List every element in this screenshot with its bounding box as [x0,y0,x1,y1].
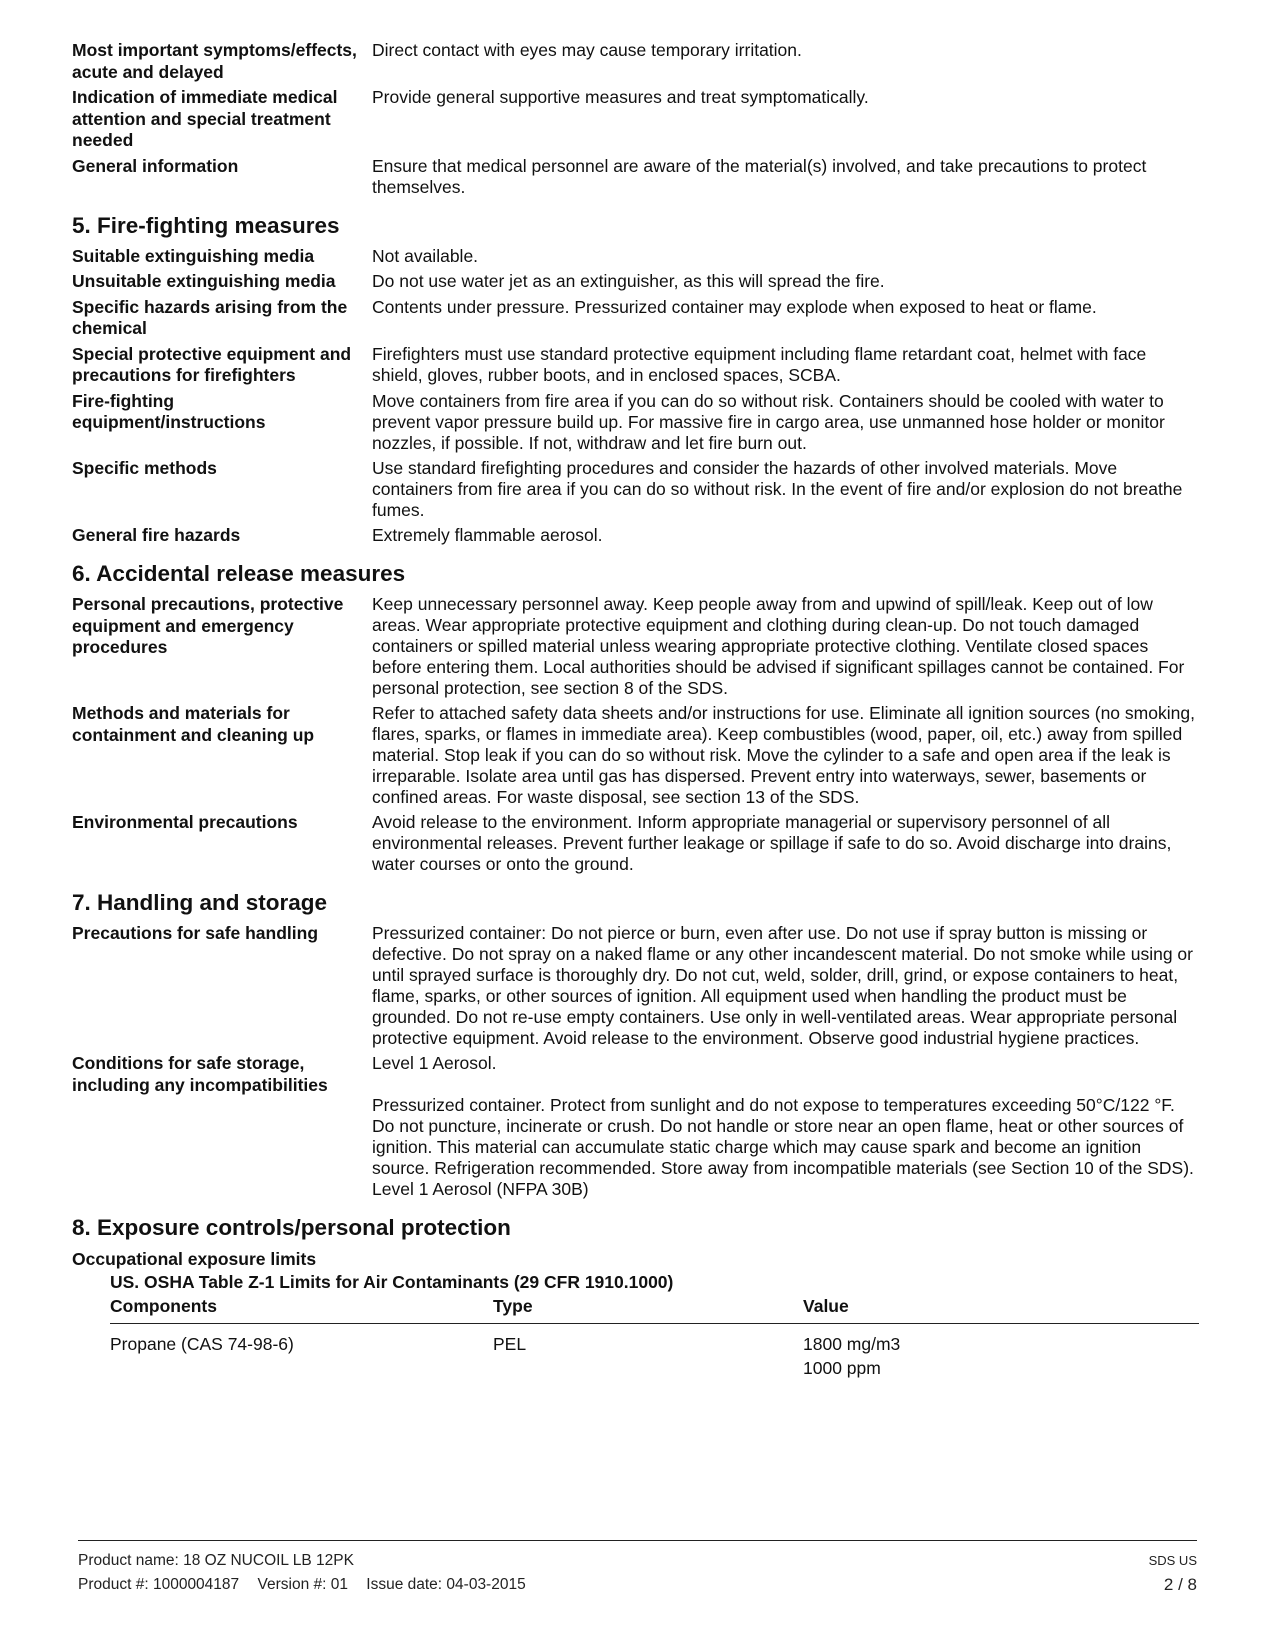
field-value: Use standard firefighting procedures and… [372,458,1197,521]
column-header-value: Value [803,1294,1199,1324]
occupational-exposure-limits-heading: Occupational exposure limits [72,1248,1197,1270]
field-value-paragraph: Extremely flammable aerosol. [372,525,1197,546]
field-value: Direct contact with eyes may cause tempo… [372,40,1197,83]
field-label: Environmental precautions [72,812,372,875]
limit-value: 1800 mg/m3 [803,1332,1199,1356]
field-row: Specific hazards arising from the chemic… [72,297,1197,340]
field-label: General information [72,156,372,198]
field-row: Conditions for safe storage, including a… [72,1053,1197,1200]
field-row: Fire-fighting equipment/instructionsMove… [72,391,1197,454]
field-row: Suitable extinguishing mediaNot availabl… [72,246,1197,268]
field-value-paragraph: Pressurized container: Do not pierce or … [372,923,1197,1049]
osha-limits-table: Components Type Value Propane (CAS 74-98… [110,1294,1199,1380]
field-value-paragraph: Move containers from fire area if you ca… [372,391,1197,454]
field-row: Environmental precautionsAvoid release t… [72,812,1197,875]
page-footer: Product name: 18 OZ NUCOIL LB 12PK SDS U… [78,1540,1197,1597]
field-label: Indication of immediate medical attentio… [72,87,372,152]
field-value: Avoid release to the environment. Inform… [372,812,1197,875]
field-value: Not available. [372,246,1197,268]
section-8-title: 8. Exposure controls/personal protection [72,1214,1197,1242]
column-header-type: Type [493,1294,803,1324]
field-row: General fire hazardsExtremely flammable … [72,525,1197,547]
field-value: Extremely flammable aerosol. [372,525,1197,547]
field-value-paragraph: Refer to attached safety data sheets and… [372,703,1197,808]
page-number: 2 / 8 [1164,1573,1197,1597]
field-value: Ensure that medical personnel are aware … [372,156,1197,198]
field-row: Methods and materials for containment an… [72,703,1197,808]
field-row: Specific methodsUse standard firefightin… [72,458,1197,521]
field-value: Level 1 Aerosol.Pressurized container. P… [372,1053,1197,1200]
field-value-paragraph: Direct contact with eyes may cause tempo… [372,40,1197,61]
section-6-rows: Personal precautions, protective equipme… [72,594,1197,875]
section-6-title: 6. Accidental release measures [72,560,1197,588]
issue-date: Issue date: 04-03-2015 [366,1576,525,1593]
field-label: Precautions for safe handling [72,923,372,1049]
section-5-rows: Suitable extinguishing mediaNot availabl… [72,246,1197,547]
field-value-paragraph: Ensure that medical personnel are aware … [372,156,1197,198]
field-row: Indication of immediate medical attentio… [72,87,1197,152]
field-value: Provide general supportive measures and … [372,87,1197,152]
field-row: Precautions for safe handlingPressurized… [72,923,1197,1049]
value-cell: 1800 mg/m31000 ppm [803,1324,1199,1381]
field-value-paragraph: Provide general supportive measures and … [372,87,1197,108]
field-value-paragraph: Keep unnecessary personnel away. Keep pe… [372,594,1197,699]
field-row: Personal precautions, protective equipme… [72,594,1197,699]
field-value: Contents under pressure. Pressurized con… [372,297,1197,340]
field-value: Refer to attached safety data sheets and… [372,703,1197,808]
osha-table-title: US. OSHA Table Z-1 Limits for Air Contam… [110,1270,1197,1294]
field-label: Methods and materials for containment an… [72,703,372,808]
product-number: Product #: 1000004187 [78,1576,239,1593]
field-label: Specific hazards arising from the chemic… [72,297,372,340]
field-value-paragraph: Avoid release to the environment. Inform… [372,812,1197,875]
field-value-paragraph: Use standard firefighting procedures and… [372,458,1197,521]
field-label: Personal precautions, protective equipme… [72,594,372,699]
field-value: Firefighters must use standard protectiv… [372,344,1197,387]
field-value-paragraph: Pressurized container. Protect from sunl… [372,1095,1197,1200]
field-label: Specific methods [72,458,372,521]
field-value-paragraph: Do not use water jet as an extinguisher,… [372,271,1197,292]
type-cell: PEL [493,1324,803,1381]
field-value: Pressurized container: Do not pierce or … [372,923,1197,1049]
field-value-paragraph: Not available. [372,246,1197,267]
field-label: Unsuitable extinguishing media [72,271,372,293]
sds-page: Most important symptoms/effects, acute a… [72,40,1197,1380]
field-value-paragraph: Contents under pressure. Pressurized con… [372,297,1197,318]
section-7-rows: Precautions for safe handlingPressurized… [72,923,1197,1200]
field-row: Special protective equipment and precaut… [72,344,1197,387]
field-label: Suitable extinguishing media [72,246,372,268]
table-header-row: Components Type Value [110,1294,1199,1324]
field-label: Special protective equipment and precaut… [72,344,372,387]
field-row: Most important symptoms/effects, acute a… [72,40,1197,83]
field-value: Move containers from fire area if you ca… [372,391,1197,454]
field-label: Most important symptoms/effects, acute a… [72,40,372,83]
section-7-title: 7. Handling and storage [72,889,1197,917]
section-5-title: 5. Fire-fighting measures [72,212,1197,240]
product-name: Product name: 18 OZ NUCOIL LB 12PK [78,1549,354,1573]
field-label: General fire hazards [72,525,372,547]
field-value-paragraph: Level 1 Aerosol. [372,1053,1197,1074]
field-row: Unsuitable extinguishing mediaDo not use… [72,271,1197,293]
column-header-components: Components [110,1294,493,1324]
field-value: Keep unnecessary personnel away. Keep pe… [372,594,1197,699]
field-label: Fire-fighting equipment/instructions [72,391,372,454]
field-value-paragraph: Firefighters must use standard protectiv… [372,344,1197,386]
document-type: SDS US [1149,1549,1197,1573]
section-4-tail: Most important symptoms/effects, acute a… [72,40,1197,198]
field-value: Do not use water jet as an extinguisher,… [372,271,1197,293]
field-label: Conditions for safe storage, including a… [72,1053,372,1200]
component-cell: Propane (CAS 74-98-6) [110,1324,493,1381]
field-row: General informationEnsure that medical p… [72,156,1197,198]
table-row: Propane (CAS 74-98-6)PEL1800 mg/m31000 p… [110,1324,1199,1381]
version-number: Version #: 01 [257,1576,347,1593]
limit-value: 1000 ppm [803,1356,1199,1380]
